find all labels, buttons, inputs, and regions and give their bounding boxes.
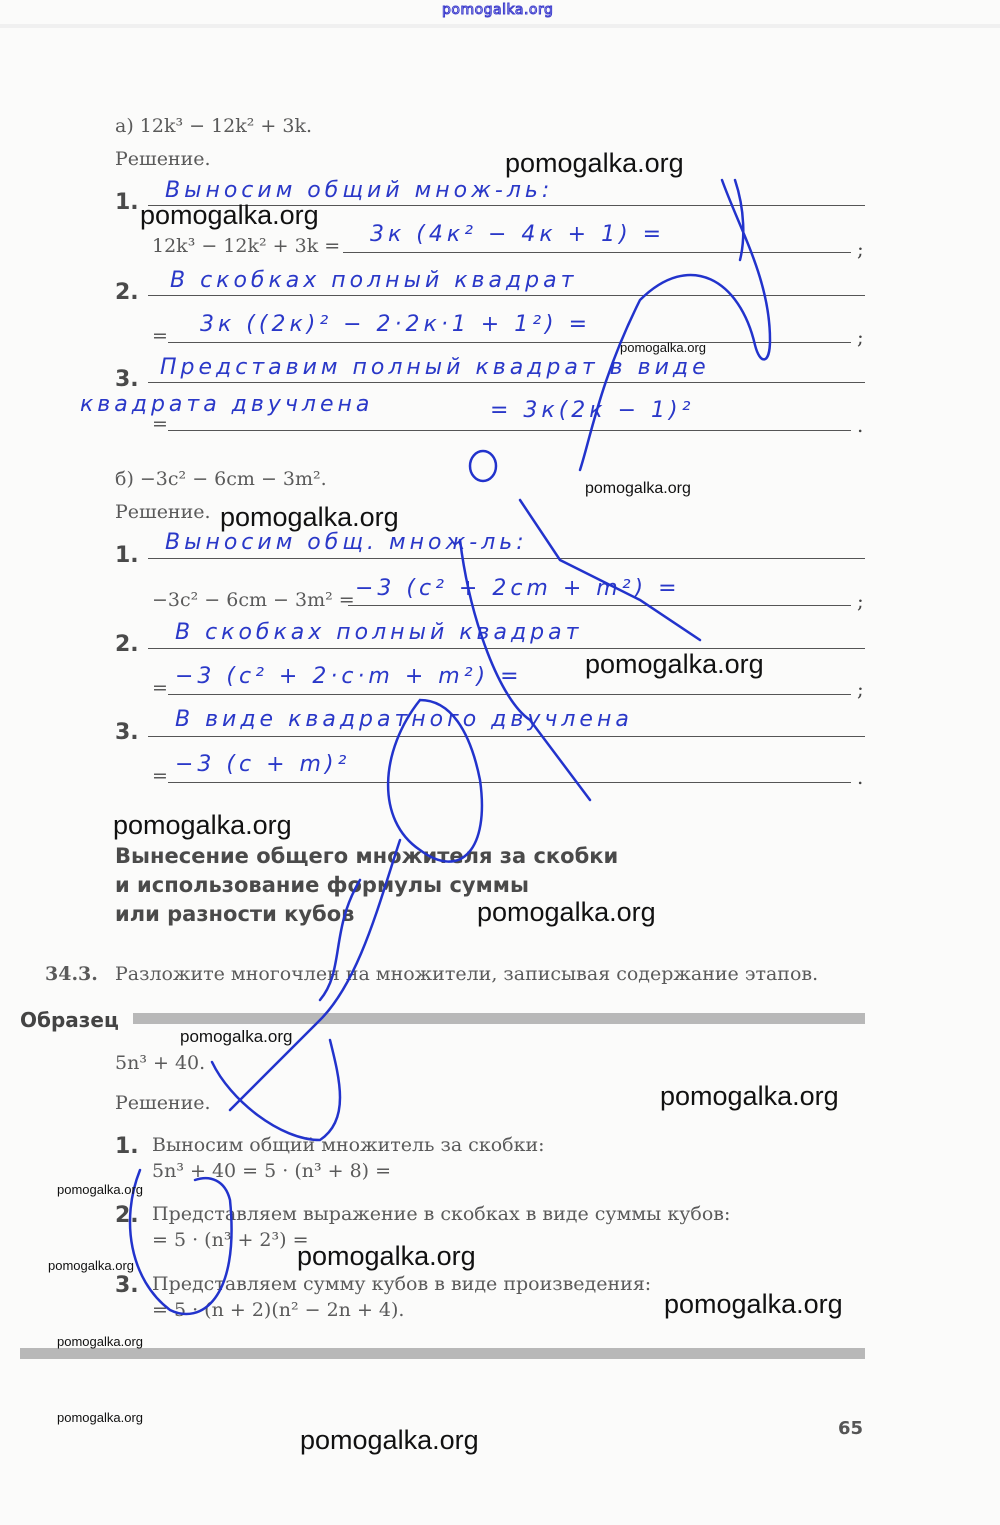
part-a-label: а) 12k³ − 12k² + 3k. (115, 115, 312, 137)
answer-line (148, 295, 865, 296)
punctuation: . (857, 765, 863, 789)
punctuation: ; (857, 589, 864, 613)
watermark: pomogalka.org (664, 1289, 843, 1320)
part-a-step3-lhs: = (152, 413, 168, 435)
part-a-step2-lhs: = (152, 325, 168, 347)
part-a-step2-answer[interactable]: 3к ((2к)² − 2·2к·1 + 1²) = (200, 312, 591, 337)
sample-step1-text: Выносим общий множитель за скобки: (152, 1134, 545, 1156)
part-a-step1-number: 1. (115, 190, 139, 215)
part-b-step2-lhs: = (152, 677, 168, 699)
part-b-step1-answer[interactable]: −3 (c² + 2cm + m²) = (355, 576, 681, 601)
part-a-step1-lhs: 12k³ − 12k² + 3k = (152, 235, 340, 257)
watermark: pomogalka.org (620, 340, 706, 355)
sample-step3-text: Представляем сумму кубов в виде произвед… (152, 1273, 651, 1295)
part-a-step3-handwriting[interactable]: Представим полный квадрат в виде (160, 355, 710, 380)
sample-bottom-bar (20, 1348, 865, 1359)
part-b-solution-label: Решение. (115, 501, 211, 523)
punctuation: ; (857, 325, 864, 349)
part-b-step1-number: 1. (115, 543, 139, 568)
watermark: pomogalka.org (585, 480, 691, 498)
answer-line (168, 694, 851, 695)
part-b-step2-number: 2. (115, 632, 139, 657)
part-b-step1-handwriting[interactable]: Выносим общ. множ-ль: (165, 530, 528, 555)
part-b-step2-answer[interactable]: −3 (c² + 2·c·m + m²) = (175, 664, 523, 689)
watermark: pomogalka.org (220, 502, 399, 533)
part-a-step3-number: 3. (115, 367, 139, 392)
sample-step2-text: Представляем выражение в скобках в виде … (152, 1203, 730, 1225)
part-b-step3-answer[interactable]: −3 (c + m)² (175, 752, 350, 777)
sample-step2-math: = 5 · (n³ + 2³) = (152, 1229, 309, 1251)
watermark: pomogalka.org (57, 1182, 143, 1197)
watermark: pomogalka.org (57, 1410, 143, 1425)
watermark: pomogalka.org (660, 1081, 839, 1112)
sample-step3-number: 3. (115, 1273, 139, 1298)
answer-line (148, 558, 865, 559)
watermark: pomogalka.org (505, 148, 684, 179)
part-b-step1-lhs: −3c² − 6cm − 3m² = (152, 589, 355, 611)
section-heading-line: Вынесение общего множителя за скобки (115, 842, 618, 871)
section-heading-line: и использование формулы суммы (115, 871, 618, 900)
sample-step3-math: = 5 · (n + 2)(n² − 2n + 4). (152, 1299, 404, 1321)
part-a-solution-label: Решение. (115, 148, 211, 170)
part-b-label: б) −3c² − 6cm − 3m². (115, 468, 327, 490)
sample-solution-label: Решение. (115, 1092, 211, 1114)
watermark: pomogalka.org (297, 1241, 476, 1272)
punctuation: ; (857, 677, 864, 701)
sample-label: Образец (20, 1008, 119, 1032)
part-a-step2-number: 2. (115, 280, 139, 305)
part-b-step3-number: 3. (115, 720, 139, 745)
watermark: pomogalka.org (300, 1425, 479, 1456)
watermark: pomogalka.org (57, 1334, 143, 1349)
sample-step1-math: 5n³ + 40 = 5 · (n³ + 8) = (152, 1160, 391, 1182)
sample-step1-number: 1. (115, 1134, 139, 1159)
punctuation: ; (857, 237, 864, 261)
part-b-step3-lhs: = (152, 765, 168, 787)
part-a-step1-answer[interactable]: 3к (4к² − 4к + 1) = (370, 222, 665, 247)
watermark: pomogalka.org (585, 649, 764, 680)
sample-expression: 5n³ + 40. (115, 1052, 205, 1074)
scan-edge (0, 24, 1000, 28)
answer-line (148, 736, 865, 737)
answer-line (148, 382, 865, 383)
watermark: pomogalka.org (48, 1258, 134, 1273)
part-a-step3-answer[interactable]: = 3к(2к − 1)² (490, 398, 694, 423)
answer-line (168, 430, 851, 431)
answer-line (168, 342, 851, 343)
exercise-number: 34.3. (45, 963, 98, 985)
punctuation: . (857, 413, 863, 437)
sample-step2-number: 2. (115, 1203, 139, 1228)
part-b-step3-handwriting[interactable]: В виде квадратного двучлена (175, 707, 633, 732)
page-number: 65 (838, 1418, 863, 1439)
exercise-text: Разложите многочлен на множители, записы… (115, 963, 818, 985)
watermark: pomogalka.org (113, 810, 292, 841)
answer-line (168, 782, 851, 783)
watermark: pomogalka.org (180, 1027, 292, 1047)
top-watermark: pomogalka.org (442, 2, 553, 18)
sample-top-bar (133, 1013, 865, 1024)
answer-line (348, 605, 851, 606)
watermark: pomogalka.org (140, 200, 319, 231)
part-a-step2-handwriting[interactable]: В скобках полный квадрат (170, 268, 577, 293)
part-a-step3-handwriting-cont[interactable]: квадрата двучлена (80, 392, 373, 417)
part-b-step2-handwriting[interactable]: В скобках полный квадрат (175, 620, 582, 645)
watermark: pomogalka.org (477, 897, 656, 928)
answer-line (343, 252, 851, 253)
